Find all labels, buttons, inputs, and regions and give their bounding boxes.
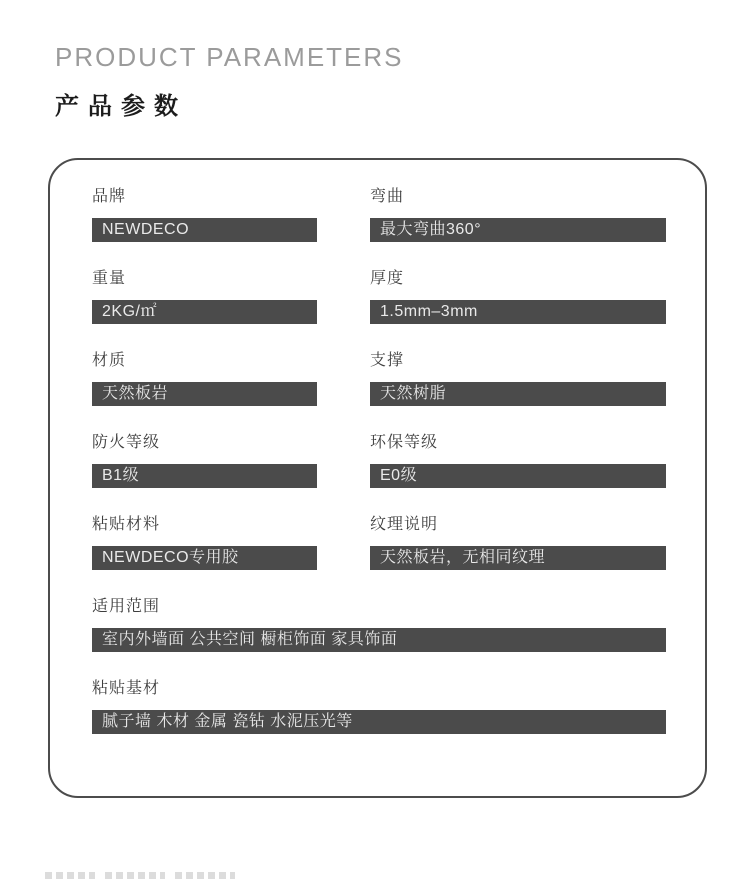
field-application-range-value: 室内外墙面 公共空间 橱柜饰面 家具饰面	[92, 628, 666, 652]
cutoff-glyph-fragment	[105, 872, 165, 879]
field-fire-rating-value: B1级	[92, 464, 317, 488]
field-fire-rating-label: 防火等级	[92, 434, 317, 451]
field-adhesive: 粘贴材料 NEWDECO专用胶	[92, 516, 317, 570]
field-substrate: 粘贴基材 腻子墙 木材 金属 瓷钻 水泥压光等	[92, 680, 666, 734]
field-weight: 重量 2KG/㎡	[92, 270, 317, 324]
field-support: 支撑 天然树脂	[370, 352, 666, 406]
page-title-english: PRODUCT PARAMETERS	[55, 42, 404, 73]
field-brand-value: NEWDECO	[92, 218, 317, 242]
field-thickness: 厚度 1.5mm–3mm	[370, 270, 666, 324]
page-title-chinese: 产品参数	[55, 86, 404, 121]
cutoff-glyph-fragment	[45, 872, 95, 879]
field-brand: 品牌 NEWDECO	[92, 188, 317, 242]
field-material-value: 天然板岩	[92, 382, 317, 406]
field-brand-label: 品牌	[92, 188, 317, 205]
page-header: PRODUCT PARAMETERS 产品参数	[55, 42, 404, 121]
field-eco-rating-value: E0级	[370, 464, 666, 488]
parameters-grid: 品牌 NEWDECO 弯曲 最大弯曲360° 重量 2KG/㎡ 厚度 1.5mm…	[92, 188, 666, 734]
product-parameters-page: { "header": { "title_en": "PRODUCT PARAM…	[0, 0, 756, 879]
field-texture-note: 纹理说明 天然板岩，无相同纹理	[370, 516, 666, 570]
field-bending: 弯曲 最大弯曲360°	[370, 188, 666, 242]
field-texture-note-value: 天然板岩，无相同纹理	[370, 546, 666, 570]
field-application-range-label: 适用范围	[92, 598, 666, 615]
field-adhesive-value: NEWDECO专用胶	[92, 546, 317, 570]
field-eco-rating-label: 环保等级	[370, 434, 666, 451]
field-application-range: 适用范围 室内外墙面 公共空间 橱柜饰面 家具饰面	[92, 598, 666, 652]
field-substrate-label: 粘贴基材	[92, 680, 666, 697]
next-section-heading-cutoff	[45, 872, 245, 879]
field-weight-label: 重量	[92, 270, 317, 287]
field-material: 材质 天然板岩	[92, 352, 317, 406]
field-substrate-value: 腻子墙 木材 金属 瓷钻 水泥压光等	[92, 710, 666, 734]
cutoff-glyph-fragment	[175, 872, 235, 879]
field-bending-value: 最大弯曲360°	[370, 218, 666, 242]
field-thickness-label: 厚度	[370, 270, 666, 287]
field-support-label: 支撑	[370, 352, 666, 369]
field-texture-note-label: 纹理说明	[370, 516, 666, 533]
field-fire-rating: 防火等级 B1级	[92, 434, 317, 488]
field-adhesive-label: 粘贴材料	[92, 516, 317, 533]
field-weight-value: 2KG/㎡	[92, 300, 317, 324]
field-support-value: 天然树脂	[370, 382, 666, 406]
parameters-card: 品牌 NEWDECO 弯曲 最大弯曲360° 重量 2KG/㎡ 厚度 1.5mm…	[48, 158, 707, 798]
field-bending-label: 弯曲	[370, 188, 666, 205]
field-eco-rating: 环保等级 E0级	[370, 434, 666, 488]
field-thickness-value: 1.5mm–3mm	[370, 300, 666, 324]
field-material-label: 材质	[92, 352, 317, 369]
